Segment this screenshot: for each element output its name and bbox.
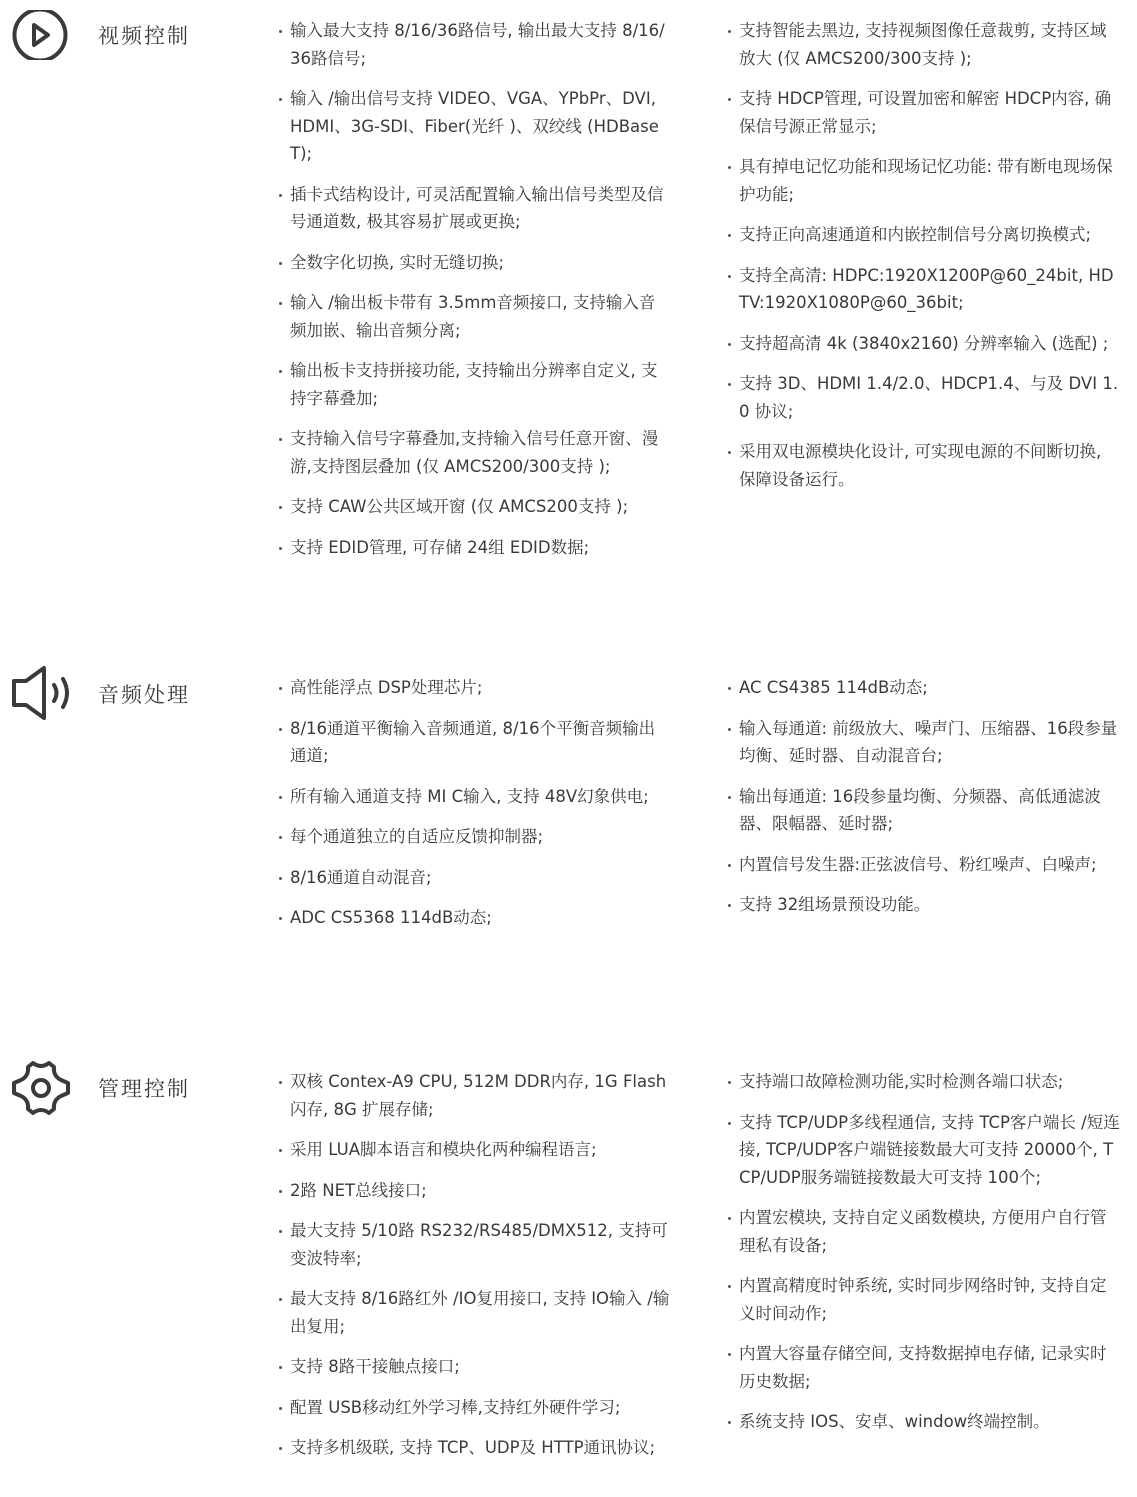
list-item: 内置宏模块, 支持自定义函数模块, 方便用户自行管理私有设备; [725, 1204, 1120, 1259]
feature-list-left: 双核 Contex-A9 CPU, 512M DDR内存, 1G Flash闪存… [276, 1068, 671, 1475]
section-header: 视频控制 [10, 10, 190, 60]
play-circle-icon [10, 10, 74, 60]
list-item: 支持智能去黑边, 支持视频图像任意裁剪, 支持区域放大 (仅 AMCS200/3… [725, 17, 1120, 72]
list-item: 支持多机级联, 支持 TCP、UDP及 HTTP通讯协议; [276, 1434, 671, 1462]
list-item: 配置 USB移动红外学习棒,支持红外硬件学习; [276, 1394, 671, 1422]
list-item: 输出每通道: 16段参量均衡、分频器、高低通滤波器、限幅器、延时器; [725, 783, 1120, 838]
list-item: 最大支持 5/10路 RS232/RS485/DMX512, 支持可变波特率; [276, 1217, 671, 1272]
list-item: 插卡式结构设计, 可灵活配置输入输出信号类型及信号通道数, 极其容易扩展或更换; [276, 181, 671, 236]
list-item: 支持端口故障检测功能,实时检测各端口状态; [725, 1068, 1120, 1096]
section-header: 管理控制 [10, 1060, 190, 1116]
list-item: 最大支持 8/16路红外 /IO复用接口, 支持 IO输入 /输出复用; [276, 1285, 671, 1340]
list-item: 8/16通道平衡输入音频通道, 8/16个平衡音频输出通道; [276, 715, 671, 770]
speaker-icon [10, 669, 74, 719]
list-item: 支持 HDCP管理, 可设置加密和解密 HDCP内容, 确保信号源正常显示; [725, 85, 1120, 140]
feature-list-left: 输入最大支持 8/16/36路信号, 输出最大支持 8/16/36路信号; 输入… [276, 17, 671, 574]
list-item: 支持 EDID管理, 可存储 24组 EDID数据; [276, 534, 671, 562]
gear-icon [10, 1063, 74, 1113]
section-title: 音频处理 [98, 679, 190, 709]
list-item: 2路 NET总线接口; [276, 1177, 671, 1205]
list-item: 全数字化切换, 实时无缝切换; [276, 249, 671, 277]
list-item: 双核 Contex-A9 CPU, 512M DDR内存, 1G Flash闪存… [276, 1068, 671, 1123]
section-header: 音频处理 [10, 666, 190, 721]
list-item: 内置大容量存储空间, 支持数据掉电存储, 记录实时历史数据; [725, 1340, 1120, 1395]
list-item: 支持 8路干接触点接口; [276, 1353, 671, 1381]
feature-list-right: AC CS4385 114dB动态; 输入每通道: 前级放大、噪声门、压缩器、1… [725, 674, 1120, 932]
list-item: 输出板卡支持拼接功能, 支持输出分辨率自定义, 支持字幕叠加; [276, 357, 671, 412]
list-item: 系统支持 IOS、安卓、window终端控制。 [725, 1408, 1120, 1436]
section-title: 视频控制 [98, 20, 190, 50]
list-item: 支持 3D、HDMI 1.4/2.0、HDCP1.4、与及 DVI 1.0 协议… [725, 370, 1120, 425]
list-item: 支持正向高速通道和内嵌控制信号分离切换模式; [725, 221, 1120, 249]
list-item: 内置高精度时钟系统, 实时同步网络时钟, 支持自定义时间动作; [725, 1272, 1120, 1327]
list-item: 输入每通道: 前级放大、噪声门、压缩器、16段参量均衡、延时器、自动混音台; [725, 715, 1120, 770]
list-item: 具有掉电记忆功能和现场记忆功能: 带有断电现场保护功能; [725, 153, 1120, 208]
list-item: 内置信号发生器:正弦波信号、粉红噪声、白噪声; [725, 851, 1120, 879]
list-item: AC CS4385 114dB动态; [725, 674, 1120, 702]
list-item: 支持 TCP/UDP多线程通信, 支持 TCP客户端长 /短连接, TCP/UD… [725, 1109, 1120, 1192]
list-item: 输入最大支持 8/16/36路信号, 输出最大支持 8/16/36路信号; [276, 17, 671, 72]
list-item: 支持输入信号字幕叠加,支持输入信号任意开窗、漫游,支持图层叠加 (仅 AMCS2… [276, 425, 671, 480]
list-item: 支持 32组场景预设功能。 [725, 891, 1120, 919]
section-title: 管理控制 [98, 1073, 190, 1103]
feature-list-right: 支持智能去黑边, 支持视频图像任意裁剪, 支持区域放大 (仅 AMCS200/3… [725, 17, 1120, 506]
list-item: 输入 /输出板卡带有 3.5mm音频接口, 支持输入音频加嵌、输出音频分离; [276, 289, 671, 344]
list-item: 采用 LUA脚本语言和模块化两种编程语言; [276, 1136, 671, 1164]
list-item: 8/16通道自动混音; [276, 864, 671, 892]
list-item: 采用双电源模块化设计, 可实现电源的不间断切换, 保障设备运行。 [725, 438, 1120, 493]
list-item: 所有输入通道支持 MI C输入, 支持 48V幻象供电; [276, 783, 671, 811]
list-item: 支持超高清 4k (3840x2160) 分辨率输入 (选配) ; [725, 330, 1120, 358]
list-item: 高性能浮点 DSP处理芯片; [276, 674, 671, 702]
feature-list-left: 高性能浮点 DSP处理芯片; 8/16通道平衡输入音频通道, 8/16个平衡音频… [276, 674, 671, 945]
list-item: 支持全高清: HDPC:1920X1200P@60_24bit, HDTV:19… [725, 262, 1120, 317]
list-item: 输入 /输出信号支持 VIDEO、VGA、YPbPr、DVI, HDMI、3G-… [276, 85, 671, 168]
feature-list-right: 支持端口故障检测功能,实时检测各端口状态; 支持 TCP/UDP多线程通信, 支… [725, 1068, 1120, 1449]
list-item: ADC CS5368 114dB动态; [276, 904, 671, 932]
list-item: 支持 CAW公共区域开窗 (仅 AMCS200支持 ); [276, 493, 671, 521]
list-item: 每个通道独立的自适应反馈抑制器; [276, 823, 671, 851]
